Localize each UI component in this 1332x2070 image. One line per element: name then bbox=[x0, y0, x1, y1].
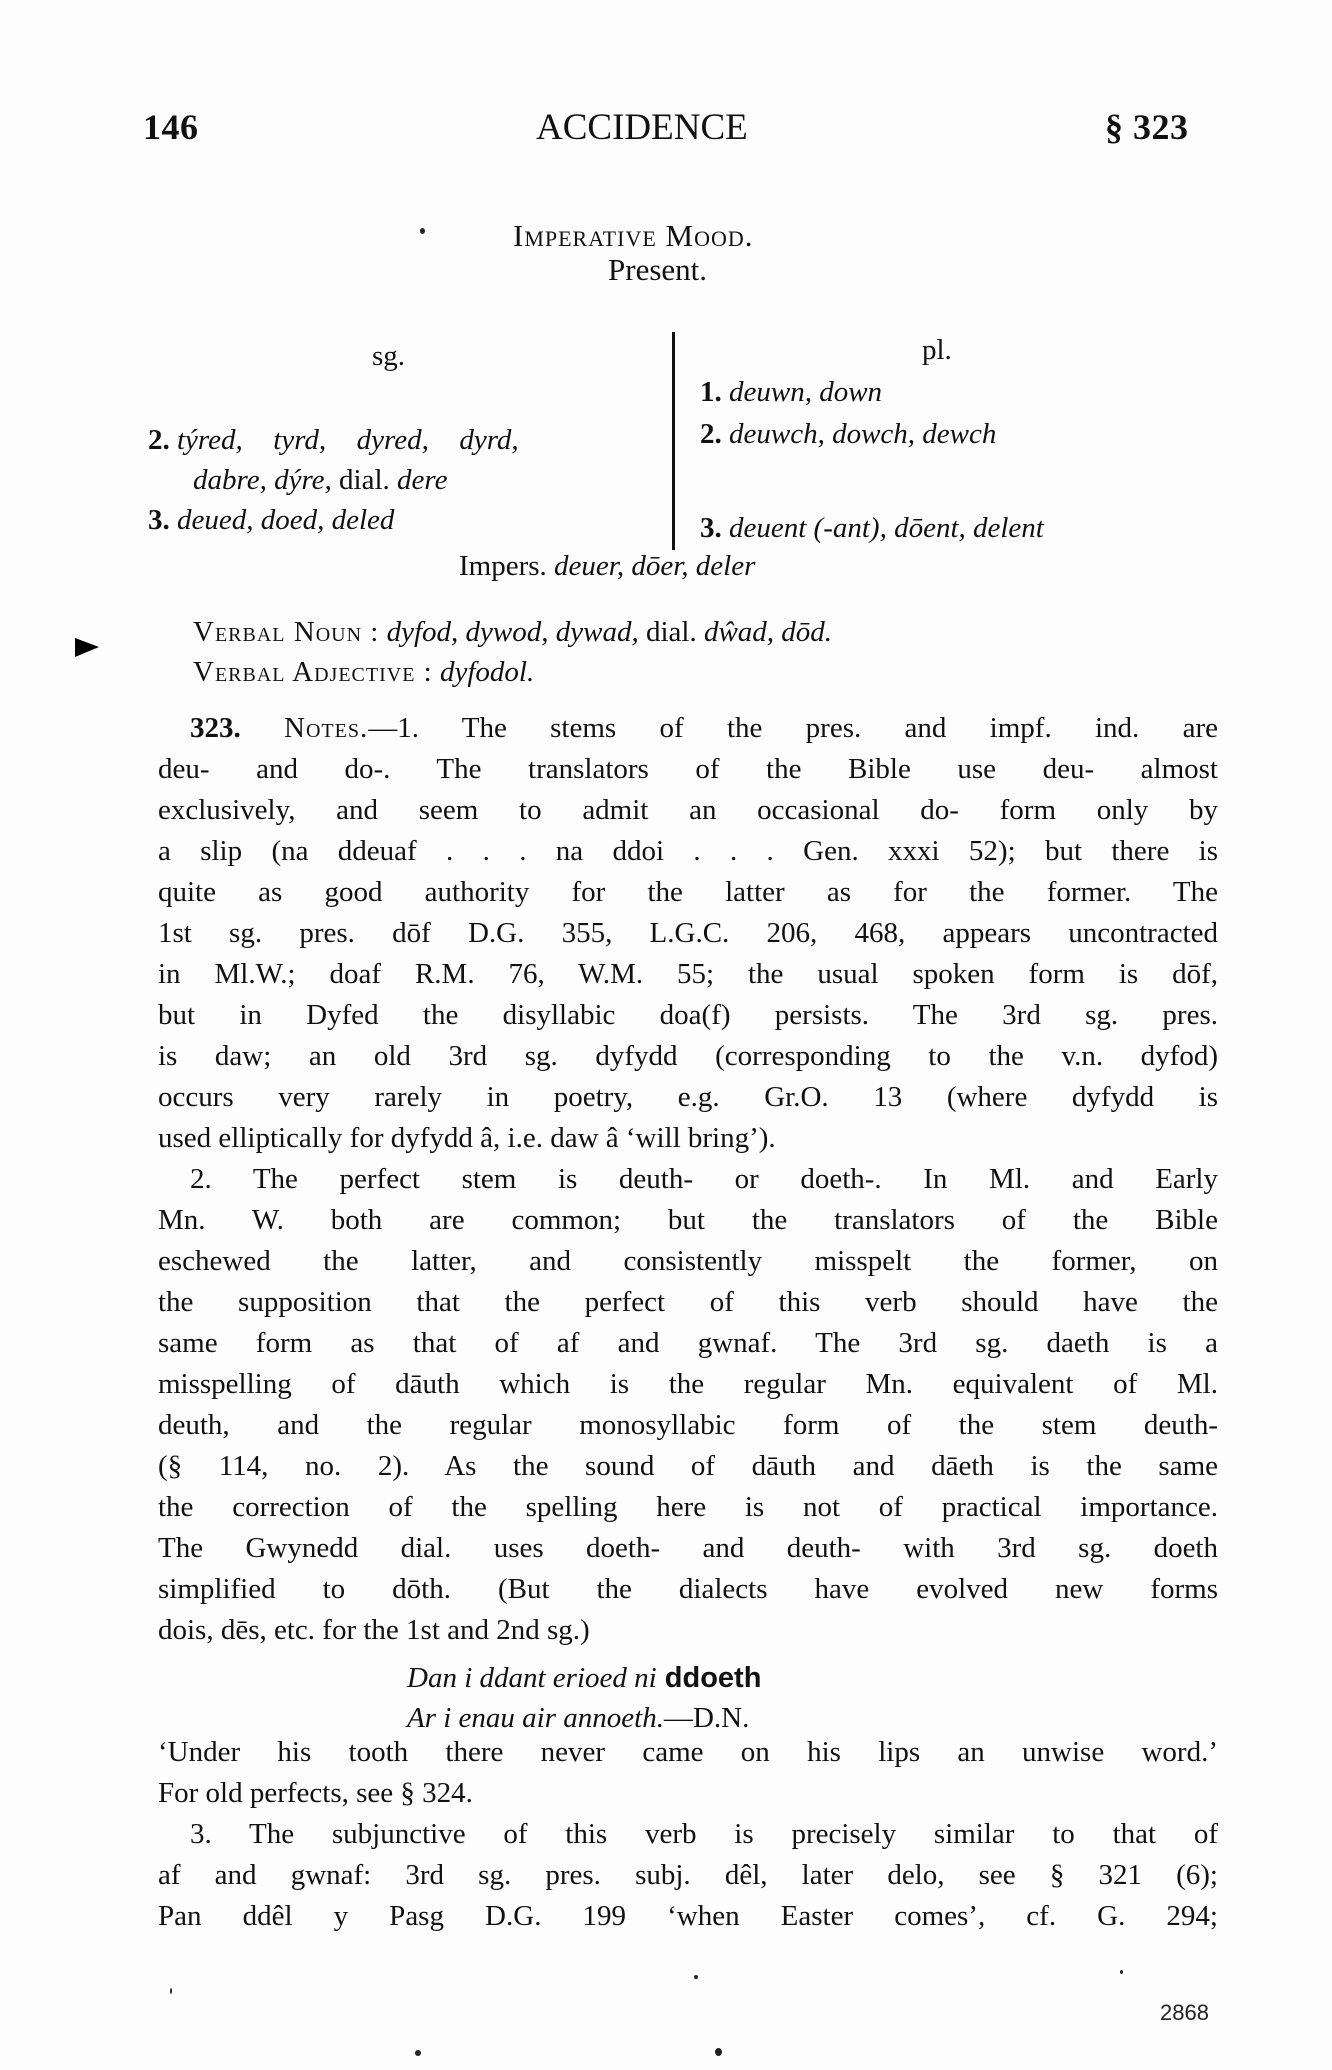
verbal-adjective-line: Verbal Adjective : dyfodol. bbox=[193, 654, 534, 690]
translation-line: ‘Under his tooth there never came on his… bbox=[158, 1734, 1218, 1770]
notes-line: eschewed the latter, and consistently mi… bbox=[158, 1243, 1218, 1279]
row-number: 2. bbox=[148, 424, 170, 456]
row-forms: deuwch, dowch, dewch bbox=[729, 418, 996, 450]
pl-row-1: 1. deuwn, down bbox=[700, 374, 882, 410]
line-text: —1. The stems of the pres. and impf. ind… bbox=[368, 712, 1218, 744]
impersonal-label: Impers. bbox=[459, 550, 547, 582]
row-number: 3. bbox=[148, 504, 170, 536]
print-speck bbox=[1120, 1970, 1123, 1974]
print-speck bbox=[694, 1975, 698, 1979]
impersonal-row: Impers. deuer, dōer, deler bbox=[459, 548, 755, 584]
book-page: 146 ACCIDENCE § 323 Imperative Mood. Pre… bbox=[0, 0, 1332, 2070]
dialect-label: dial. bbox=[332, 464, 397, 496]
section-number: 323. bbox=[190, 712, 241, 744]
notes-line: 3. The subjunctive of this verb is preci… bbox=[190, 1816, 1218, 1852]
dialect-label: dial. bbox=[639, 616, 704, 648]
notes-line: af and gwnaf: 3rd sg. pres. subj. dêl, l… bbox=[158, 1857, 1218, 1893]
verbal-adjective-label: Verbal Adjective : bbox=[193, 656, 433, 688]
notes-line: 2. The perfect stem is deuth- or doeth-.… bbox=[190, 1161, 1218, 1197]
row-forms: týred, tyrd, dyred, dyrd, bbox=[177, 424, 519, 456]
notes-line: a slip (na ddeuaf . . . na ddoi . . . Ge… bbox=[158, 833, 1218, 869]
poem-text: Ar i enau air annoeth. bbox=[407, 1702, 664, 1734]
singular-column-label: sg. bbox=[372, 338, 405, 374]
notes-line: the correction of the spelling here is n… bbox=[158, 1489, 1218, 1525]
notes-line: is daw; an old 3rd sg. dyfydd (correspon… bbox=[158, 1038, 1218, 1074]
running-title: ACCIDENCE bbox=[536, 106, 748, 149]
notes-line: (§ 114, no. 2). As the sound of dāuth an… bbox=[158, 1448, 1218, 1484]
notes-line: Pan ddêl y Pasg D.G. 199 ‘when Easter co… bbox=[158, 1898, 1218, 1934]
row-number: 1. bbox=[700, 376, 722, 408]
column-divider bbox=[672, 332, 675, 550]
poem-text-plain: ddoeth bbox=[657, 1662, 762, 1694]
notes-line: used elliptically for dyfydd â, i.e. daw… bbox=[158, 1120, 1218, 1156]
page-number: 146 bbox=[143, 106, 199, 148]
section-reference: § 323 bbox=[1105, 106, 1189, 148]
sg-row-3: 3. deued, doed, deled bbox=[148, 502, 394, 538]
poem-attribution: —D.N. bbox=[664, 1702, 749, 1734]
verbal-adjective-forms: dyfodol. bbox=[440, 656, 534, 688]
row-number: 2. bbox=[700, 418, 722, 450]
notes-line: exclusively, and seem to admit an occasi… bbox=[158, 792, 1218, 828]
dialect-form: dere bbox=[397, 464, 447, 496]
row-forms: deued, doed, deled bbox=[177, 504, 394, 536]
print-speck bbox=[415, 2050, 421, 2056]
print-speck bbox=[420, 228, 425, 234]
sg-row-2: 2. týred, tyrd, dyred, dyrd, bbox=[148, 422, 519, 458]
notes-line: the supposition that the perfect of this… bbox=[158, 1284, 1218, 1320]
cross-reference-line: For old perfects, see § 324. bbox=[158, 1775, 1218, 1811]
notes-line: same form as that of af and gwnaf. The 3… bbox=[158, 1325, 1218, 1361]
row-forms: dabre, dýre, bbox=[193, 464, 332, 496]
notes-line: The Gwynedd dial. uses doeth- and deuth-… bbox=[158, 1530, 1218, 1566]
plural-column-label: pl. bbox=[922, 332, 952, 368]
pointing-hand-mark-icon bbox=[75, 638, 99, 657]
tense-heading: Present. bbox=[608, 252, 707, 288]
pl-row-3: 3. deuent (-ant), dōent, delent bbox=[700, 510, 1044, 546]
poem-line-2: Ar i enau air annoeth.—D.N. bbox=[407, 1700, 749, 1736]
mood-heading: Imperative Mood. bbox=[513, 218, 754, 254]
row-forms: deuent (-ant), dōent, delent bbox=[729, 512, 1044, 544]
scan-number: 2868 bbox=[1160, 2000, 1209, 2026]
row-number: 3. bbox=[700, 512, 722, 544]
dialect-forms: dŵad, dōd. bbox=[704, 616, 832, 648]
notes-line: deu- and do-. The translators of the Bib… bbox=[158, 751, 1218, 787]
notes-line: dois, dēs, etc. for the 1st and 2nd sg.) bbox=[158, 1612, 1218, 1648]
sg-row-2-continued: dabre, dýre, dial. dere bbox=[193, 462, 448, 498]
print-speck bbox=[715, 2048, 722, 2056]
notes-line: occurs very rarely in poetry, e.g. Gr.O.… bbox=[158, 1079, 1218, 1115]
pl-row-2: 2. deuwch, dowch, dewch bbox=[700, 416, 996, 452]
poem-line-1: Dan i ddant erioed ni ddoeth bbox=[407, 1660, 761, 1696]
notes-line: deuth, and the regular monosyllabic form… bbox=[158, 1407, 1218, 1443]
notes-line: quite as good authority for the latter a… bbox=[158, 874, 1218, 910]
verbal-noun-forms: dyfod, dywod, dywad, bbox=[387, 616, 639, 648]
notes-line: misspelling of dāuth which is the regula… bbox=[158, 1366, 1218, 1402]
notes-line-1: 323. Notes.—1. The stems of the pres. an… bbox=[190, 710, 1218, 746]
notes-label: Notes. bbox=[284, 712, 368, 744]
notes-line: in Ml.W.; doaf R.M. 76, W.M. 55; the usu… bbox=[158, 956, 1218, 992]
notes-line: Mn. W. both are common; but the translat… bbox=[158, 1202, 1218, 1238]
verbal-noun-line: Verbal Noun : dyfod, dywod, dywad, dial.… bbox=[193, 614, 832, 650]
notes-line: simplified to dōth. (But the dialects ha… bbox=[158, 1571, 1218, 1607]
verbal-noun-label: Verbal Noun : bbox=[193, 616, 379, 648]
print-speck bbox=[170, 1988, 172, 1994]
poem-text: Dan i ddant erioed ni bbox=[407, 1662, 657, 1694]
impersonal-forms: deuer, dōer, deler bbox=[554, 550, 755, 582]
row-forms: deuwn, down bbox=[729, 376, 882, 408]
notes-line: 1st sg. pres. dōf D.G. 355, L.G.C. 206, … bbox=[158, 915, 1218, 951]
notes-line: but in Dyfed the disyllabic doa(f) persi… bbox=[158, 997, 1218, 1033]
